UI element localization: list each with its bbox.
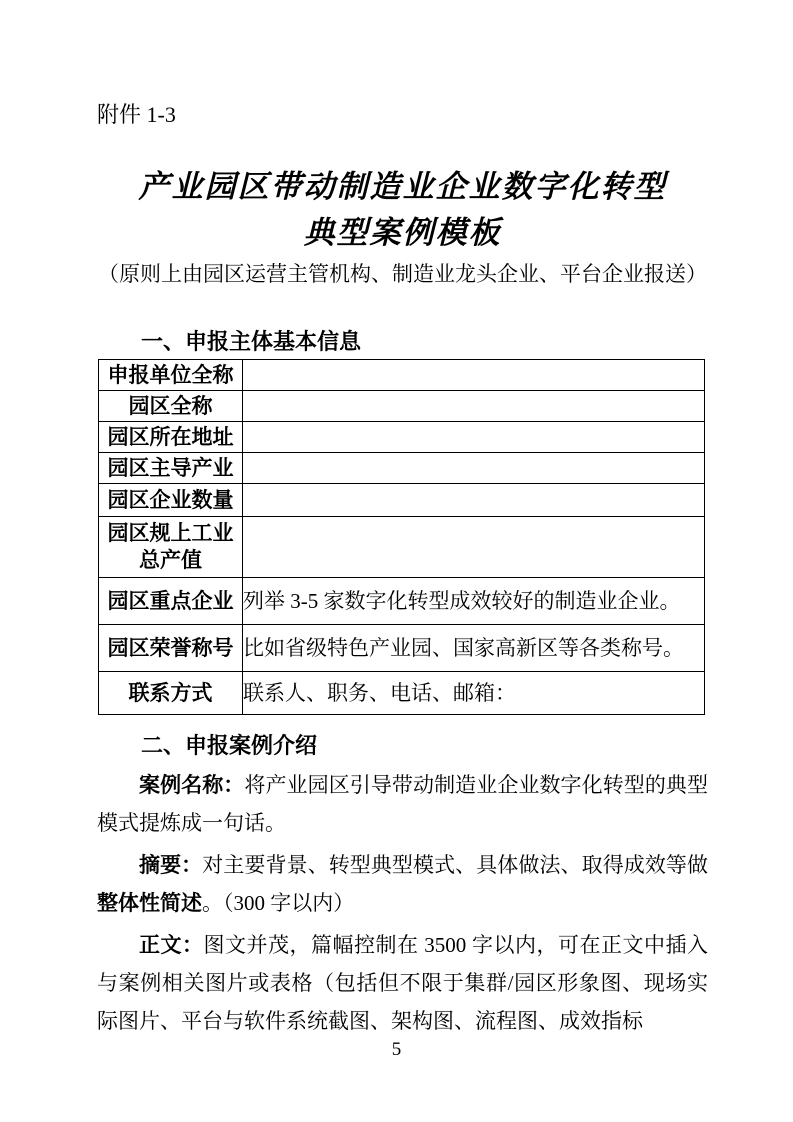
document-title-line1: 产业园区带动制造业企业数字化转型 xyxy=(97,164,708,210)
abstract-text-post: 。（300 字以内） xyxy=(202,891,354,915)
row-label-park-name: 园区全称 xyxy=(99,391,243,422)
row-label-unit-name: 申报单位全称 xyxy=(99,360,243,391)
case-name-label: 案例名称： xyxy=(139,773,244,797)
table-row: 园区荣誉称号 比如省级特色产业园、国家高新区等各类称号。 xyxy=(99,625,705,672)
table-row: 联系方式 联系人、职务、电话、邮箱： xyxy=(99,672,705,715)
document-subtitle: （原则上由园区运营主管机构、制造业龙头企业、平台企业报送） xyxy=(97,258,708,291)
abstract-label: 摘要： xyxy=(139,853,202,877)
row-value-industrial-output xyxy=(243,517,705,578)
row-value-park-address xyxy=(243,422,705,453)
table-row: 园区所在地址 xyxy=(99,422,705,453)
row-label-enterprise-count: 园区企业数量 xyxy=(99,484,243,517)
table-row: 园区主导产业 xyxy=(99,453,705,484)
row-value-leading-industry xyxy=(243,453,705,484)
table-row: 申报单位全称 xyxy=(99,360,705,391)
section-heading-case-intro: 二、申报案例介绍 xyxy=(97,731,708,761)
document-title: 产业园区带动制造业企业数字化转型 典型案例模板 xyxy=(97,164,708,256)
paragraph-body-text: 正文：图文并茂，篇幅控制在 3500 字以内，可在正文中插入与案例相关图片或表格… xyxy=(97,926,708,1040)
table-row: 园区企业数量 xyxy=(99,484,705,517)
row-label-honorary-titles: 园区荣誉称号 xyxy=(99,625,243,672)
table-row: 园区重点企业 列举 3-5 家数字化转型成效较好的制造业企业。 xyxy=(99,578,705,625)
row-value-unit-name xyxy=(243,360,705,391)
row-label-leading-industry: 园区主导产业 xyxy=(99,453,243,484)
document-title-line2: 典型案例模板 xyxy=(97,210,708,256)
page-number: 5 xyxy=(0,1038,793,1062)
row-value-key-enterprises: 列举 3-5 家数字化转型成效较好的制造业企业。 xyxy=(243,578,705,625)
section-heading-basic-info: 一、申报主体基本信息 xyxy=(97,327,708,357)
applicant-info-table: 申报单位全称 园区全称 园区所在地址 园区主导产业 园区企业数量 xyxy=(98,359,705,715)
row-label-industrial-output: 园区规上工业总产值 xyxy=(99,517,243,578)
table-row: 园区全称 xyxy=(99,391,705,422)
document-content: 附件 1-3 产业园区带动制造业企业数字化转型 典型案例模板 （原则上由园区运营… xyxy=(0,100,793,1040)
abstract-text-pre: 对主要背景、转型典型模式、具体做法、取得成效等做 xyxy=(202,853,708,877)
row-value-contact-info: 联系人、职务、电话、邮箱： xyxy=(243,672,705,715)
table-row: 园区规上工业总产值 xyxy=(99,517,705,578)
row-value-honorary-titles: 比如省级特色产业园、国家高新区等各类称号。 xyxy=(243,625,705,672)
abstract-text-bold: 整体性简述 xyxy=(97,891,202,915)
row-value-enterprise-count xyxy=(243,484,705,517)
attachment-label: 附件 1-3 xyxy=(97,100,708,130)
row-label-contact-info: 联系方式 xyxy=(99,672,243,715)
row-label-key-enterprises: 园区重点企业 xyxy=(99,578,243,625)
document-page: 附件 1-3 产业园区带动制造业企业数字化转型 典型案例模板 （原则上由园区运营… xyxy=(0,0,793,1122)
row-value-park-name xyxy=(243,391,705,422)
body-text-label: 正文： xyxy=(139,933,204,957)
paragraph-case-name: 案例名称：将产业园区引导带动制造业企业数字化转型的典型模式提炼成一句话。 xyxy=(97,766,708,842)
row-label-park-address: 园区所在地址 xyxy=(99,422,243,453)
paragraph-abstract: 摘要：对主要背景、转型典型模式、具体做法、取得成效等做整体性简述。（300 字以… xyxy=(97,846,708,922)
